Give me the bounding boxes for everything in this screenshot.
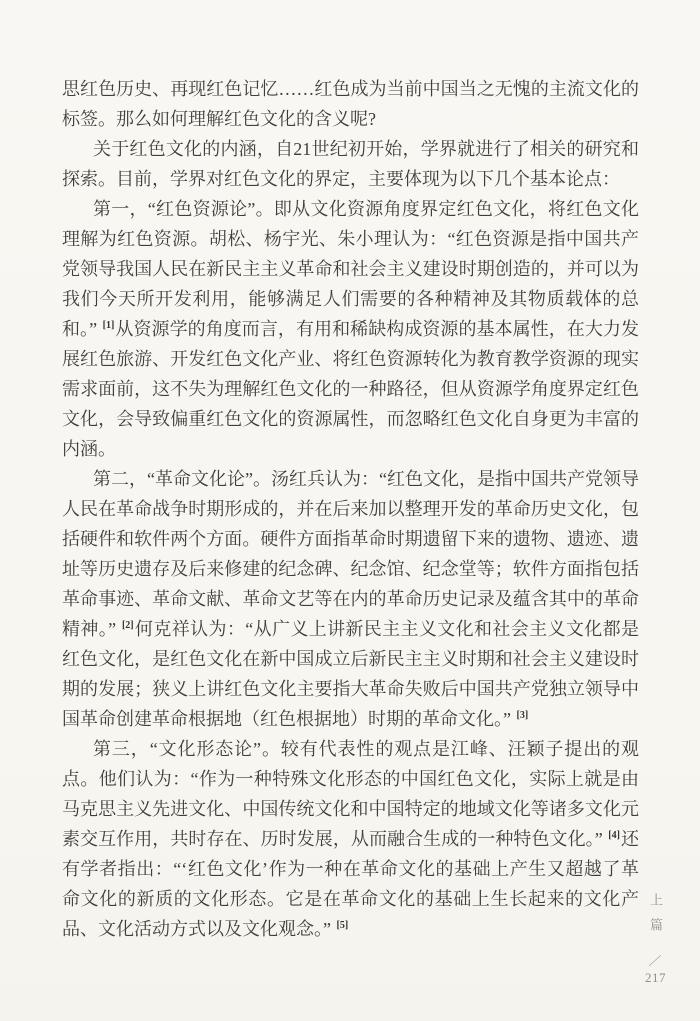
text-run: 第一，“红色资源论”。即从文化资源角度界定红色文化，将红色文化理解为红色资源。胡… bbox=[62, 199, 639, 339]
paragraph: 思红色历史、再现红色记忆……红色成为当前中国当之无愧的主流文化的标签。那么如何理… bbox=[62, 74, 639, 134]
footnote-ref: [4] bbox=[607, 830, 621, 841]
paragraph: 第一，“红色资源论”。即从文化资源角度界定红色文化，将红色文化理解为红色资源。胡… bbox=[62, 194, 639, 464]
page-margin-label: 上篇 ／ 217 bbox=[645, 893, 666, 984]
paragraph: 第二，“革命文化论”。汤红兵认为：“红色文化，是指中国共产党领导人民在革命战争时… bbox=[62, 464, 639, 734]
text-run: 从资源学的角度而言，有用和稀缺构成资源的基本属性，在大力发展红色旅游、开发红色文… bbox=[62, 319, 639, 459]
part-label: 上篇 bbox=[649, 893, 662, 943]
page-body-text: 思红色历史、再现红色记忆……红色成为当前中国当之无愧的主流文化的标签。那么如何理… bbox=[62, 74, 639, 944]
text-run: 关于红色文化的内涵，自21世纪初开始，学界就进行了相关的研究和探索。目前，学界对… bbox=[62, 139, 639, 189]
footnote-ref: [5] bbox=[336, 920, 350, 931]
book-page: 思红色历史、再现红色记忆……红色成为当前中国当之无愧的主流文化的标签。那么如何理… bbox=[0, 0, 700, 1021]
footnote-ref: [2] bbox=[121, 620, 135, 631]
paragraph: 第三，“文化形态论”。较有代表性的观点是江峰、汪颖子提出的观点。他们认为：“作为… bbox=[62, 734, 639, 944]
footnote-ref: [3] bbox=[516, 710, 530, 721]
text-run: 思红色历史、再现红色记忆……红色成为当前中国当之无愧的主流文化的标签。那么如何理… bbox=[62, 79, 639, 129]
margin-separator: ／ bbox=[649, 955, 662, 967]
text-run: 何克祥认为：“从广义上讲新民主主义文化和社会主义文化都是红色文化，是红色文化在新… bbox=[62, 619, 639, 729]
text-run: 第二，“革命文化论”。汤红兵认为：“红色文化，是指中国共产党领导人民在革命战争时… bbox=[62, 469, 639, 639]
paragraph: 关于红色文化的内涵，自21世纪初开始，学界就进行了相关的研究和探索。目前，学界对… bbox=[62, 134, 639, 194]
page-number: 217 bbox=[645, 971, 666, 984]
text-run: 第三，“文化形态论”。较有代表性的观点是江峰、汪颖子提出的观点。他们认为：“作为… bbox=[62, 739, 639, 849]
footnote-ref: [1] bbox=[102, 320, 116, 331]
